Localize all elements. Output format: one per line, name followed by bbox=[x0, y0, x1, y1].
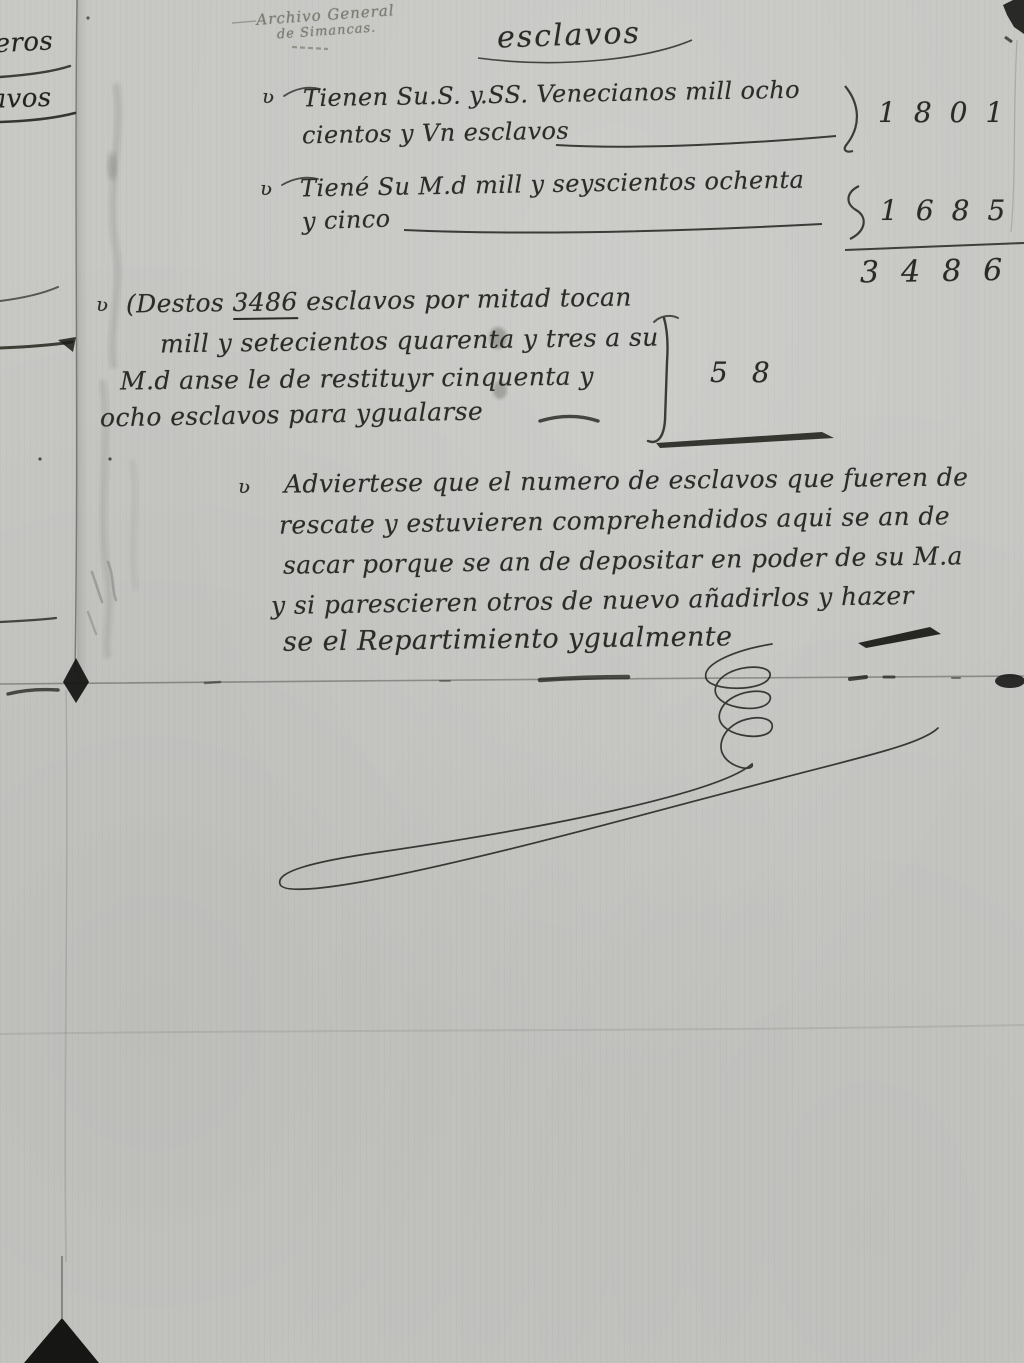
item-mark-2: ʋ bbox=[260, 176, 273, 200]
ink-decorations bbox=[0, 0, 1024, 1363]
halfnote-amount: 58 bbox=[710, 356, 794, 389]
closing-dash bbox=[858, 627, 941, 648]
corner-tear-speck bbox=[1005, 37, 1012, 42]
signature-rubric bbox=[280, 644, 938, 889]
neighbor-word-1: leros bbox=[0, 26, 54, 59]
advisory-line1: Adviertese que el numero de esclavos que… bbox=[284, 462, 969, 498]
archive-stamp: Archivo General de Simancas. bbox=[245, 0, 407, 44]
entry1-dash bbox=[556, 136, 836, 147]
halfnote-line4: ocho esclavos para ygualarse bbox=[100, 397, 484, 433]
total-amount: 3486 bbox=[860, 253, 1024, 291]
fold-crease-vertical bbox=[65, 690, 67, 1262]
advisory-line4: y si parescieren otros de nuevo añadirlo… bbox=[271, 581, 914, 620]
advisory-line5: se el Repartimiento ygualmente bbox=[283, 621, 733, 657]
entry2-dash bbox=[404, 224, 822, 232]
page-edge-shadow bbox=[77, 0, 91, 680]
halfnote-line1-number: 3486 bbox=[232, 287, 298, 320]
margin-pencil-marks bbox=[88, 152, 117, 634]
corner-wedge bbox=[24, 1318, 99, 1363]
item-mark-3: ʋ bbox=[96, 292, 109, 316]
entry2-line2: y cinco bbox=[302, 204, 391, 235]
fold-crease-horizontal bbox=[0, 676, 1024, 694]
sum-rule bbox=[845, 243, 1024, 250]
entry1-amount: 1801 bbox=[878, 96, 1021, 129]
entry2-line1: Tiené Su M.d mill y seyscientos ochenta bbox=[300, 166, 805, 203]
halfnote-line2: mill y setecientos quarenta y tres a su bbox=[160, 323, 659, 359]
halfnote-line1: (Destos 3486 esclavos por mitad tocan bbox=[126, 282, 632, 318]
entry1-line1: Tienen Su.S. y.SS. Venecianos mill ocho bbox=[303, 76, 800, 113]
corner-tear bbox=[1003, 0, 1024, 34]
halfnote-line3: M.d anse le de restituyr cinquenta y bbox=[120, 362, 594, 396]
fold-ink-blob bbox=[995, 674, 1024, 688]
item-mark-1: ʋ bbox=[262, 84, 275, 108]
entry1-bracket bbox=[845, 86, 857, 152]
advisory-line3: sacar porque se an de depositar en poder… bbox=[283, 541, 963, 579]
fold-crease-lower bbox=[0, 1025, 1024, 1034]
item-mark-4: ʋ bbox=[238, 474, 251, 498]
page-title: esclavos bbox=[496, 16, 641, 56]
advisory-line2: rescate y estuvieren comprehendidos aqui… bbox=[279, 501, 950, 539]
entry2-amount: 1685 bbox=[880, 194, 1023, 227]
half-note-value-underline bbox=[656, 432, 834, 448]
halfnote-line1-suffix: esclavos por mitad tocan bbox=[298, 282, 632, 316]
entry2-brace bbox=[848, 186, 863, 239]
neighbor-word-2: lavos bbox=[0, 83, 52, 115]
manuscript-scan: leros lavos Archivo General de Simancas.… bbox=[0, 0, 1024, 1363]
halfnote-line1-prefix: (Destos bbox=[126, 288, 233, 318]
entry1-line2: cientos y Vn esclavos bbox=[302, 117, 570, 150]
